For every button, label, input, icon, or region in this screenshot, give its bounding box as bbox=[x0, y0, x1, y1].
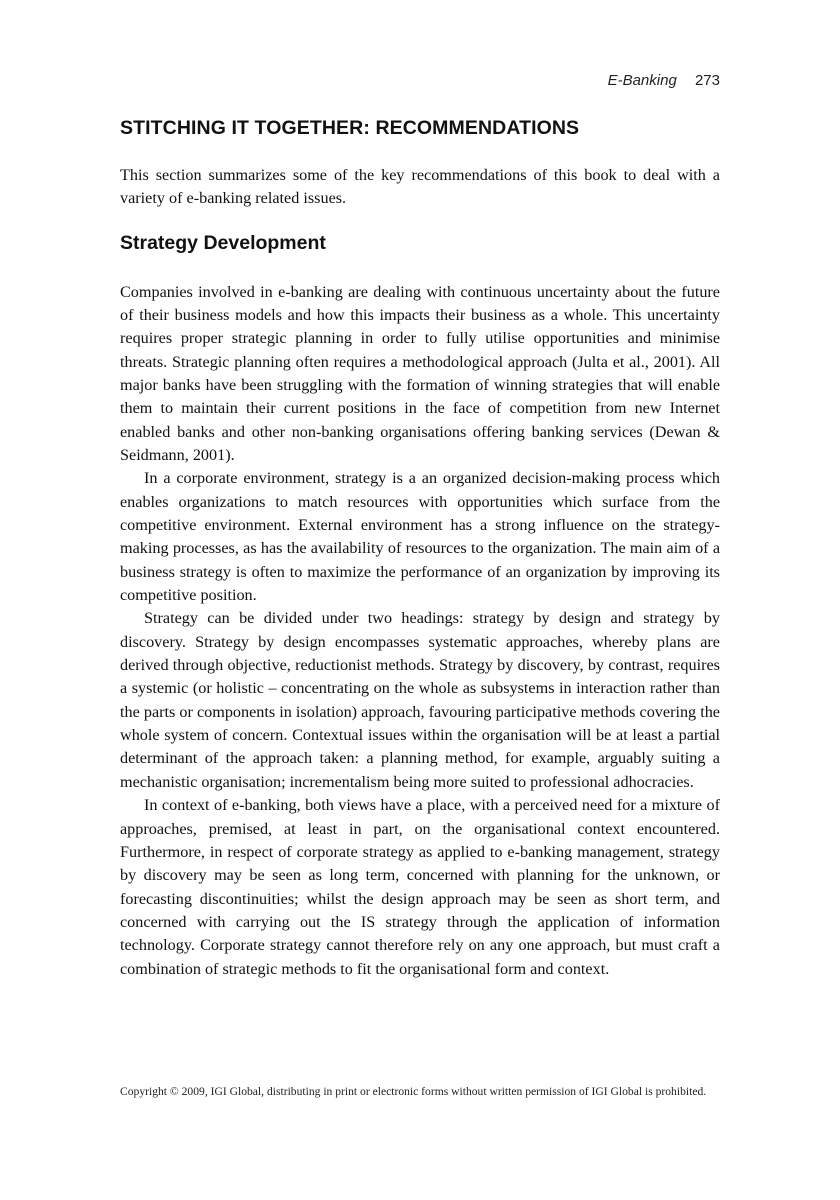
subsection-title: Strategy Development bbox=[120, 229, 720, 257]
running-head-title: E-Banking bbox=[608, 72, 677, 89]
paragraph: In context of e-banking, both views have… bbox=[120, 794, 720, 981]
subsection-body: Companies involved in e-banking are deal… bbox=[120, 281, 720, 981]
running-head: E-Banking 273 bbox=[608, 72, 720, 89]
copyright-footer: Copyright © 2009, IGI Global, distributi… bbox=[120, 1084, 720, 1099]
paragraph: In a corporate environment, strategy is … bbox=[120, 467, 720, 607]
page-number: 273 bbox=[695, 72, 720, 89]
section-intro: This section summarizes some of the key … bbox=[120, 164, 720, 211]
section-title: STITCHING IT TOGETHER: RECOMMENDATIONS bbox=[120, 114, 720, 142]
paragraph: Strategy can be divided under two headin… bbox=[120, 607, 720, 794]
page-body: STITCHING IT TOGETHER: RECOMMENDATIONS T… bbox=[120, 114, 720, 981]
paragraph: Companies involved in e-banking are deal… bbox=[120, 281, 720, 468]
